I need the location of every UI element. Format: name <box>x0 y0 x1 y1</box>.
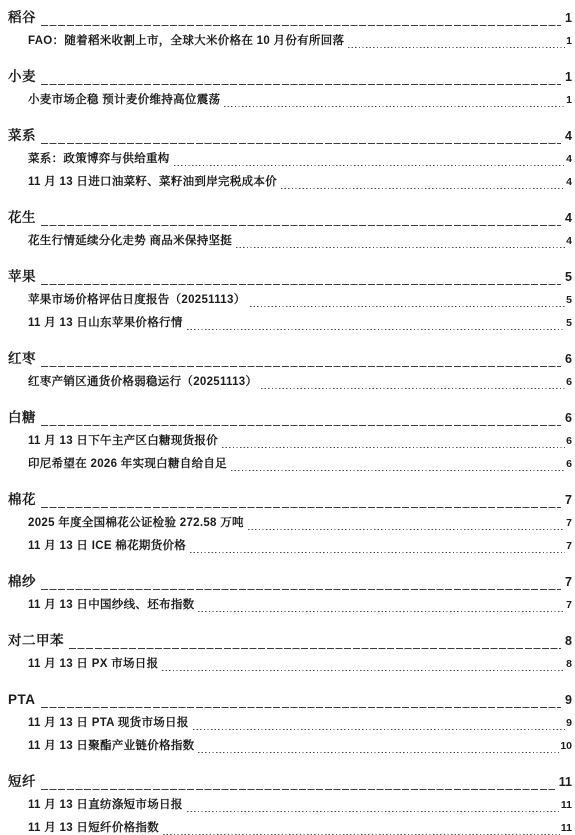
toc-heading-link[interactable]: 小麦1 <box>8 65 572 89</box>
toc-heading-page-number: 9 <box>565 688 572 712</box>
toc-entry-label: 11 月 13 日短纤价格指数 <box>28 817 159 835</box>
toc-section: 白糖611 月 13 日下午主产区白糖现货报价6印尼希望在 2026 年实现白糖… <box>8 406 572 476</box>
toc-heading-page-number: 1 <box>565 65 572 89</box>
dotted-leader <box>231 470 565 471</box>
underscore-leader <box>69 648 561 649</box>
toc-heading-link[interactable]: 棉纱7 <box>8 570 572 594</box>
toc-entry-link[interactable]: 11 月 13 日进口油菜籽、菜籽油到岸完税成本价4 <box>8 171 572 194</box>
dotted-leader <box>250 306 566 307</box>
toc-entry-page-number: 4 <box>566 230 572 253</box>
underscore-leader <box>41 225 561 226</box>
toc-heading-link[interactable]: 花生4 <box>8 206 572 230</box>
toc-entry-page-number: 9 <box>566 712 572 735</box>
toc-heading-link[interactable]: 对二甲苯8 <box>8 629 572 653</box>
toc-entry-link[interactable]: 11 月 13 日山东苹果价格行情5 <box>8 312 572 335</box>
toc-entry-link[interactable]: 苹果市场价格评估日度报告（20251113）5 <box>8 289 572 312</box>
toc-heading-page-number: 6 <box>565 347 572 371</box>
toc-entry-label: 11 月 13 日直纺涤短市场日报 <box>28 794 183 817</box>
toc-entry-label: 11 月 13 日聚酯产业链价格指数 <box>28 735 194 758</box>
toc-entry-link[interactable]: 红枣产销区通货价格弱稳运行（20251113）6 <box>8 371 572 394</box>
toc-section: 对二甲苯811 月 13 日 PX 市场日报8 <box>8 629 572 676</box>
toc-entry-link[interactable]: 11 月 13 日 ICE 棉花期货价格7 <box>8 535 572 558</box>
toc-entry-link[interactable]: 2025 年度全国棉花公证检验 272.58 万吨7 <box>8 512 572 535</box>
dotted-leader <box>236 247 565 248</box>
toc-heading-title: 花生 <box>8 206 36 230</box>
toc-entry-label: 苹果市场价格评估日度报告（20251113） <box>28 289 246 312</box>
toc-section: 棉纱711 月 13 日中国纱线、坯布指数7 <box>8 570 572 617</box>
toc-heading-link[interactable]: 稻谷1 <box>8 6 572 30</box>
underscore-leader <box>41 366 561 367</box>
toc-heading-link[interactable]: 白糖6 <box>8 406 572 430</box>
toc-entry-label: 11 月 13 日进口油菜籽、菜籽油到岸完税成本价 <box>28 171 277 194</box>
toc-heading-title: 苹果 <box>8 265 36 289</box>
toc-entry-label: 花生行情延续分化走势 商品米保持坚挺 <box>28 230 232 253</box>
toc-entry-link[interactable]: FAO：随着稻米收割上市，全球大米价格在 10 月份有所回落1 <box>8 30 572 53</box>
toc-entry-link[interactable]: 11 月 13 日短纤价格指数11 <box>8 817 572 835</box>
toc-heading-title: 对二甲苯 <box>8 629 64 653</box>
toc-heading-title: 棉纱 <box>8 570 36 594</box>
underscore-leader <box>41 707 562 708</box>
toc-section: 菜系4菜系：政策博弈与供给重构411 月 13 日进口油菜籽、菜籽油到岸完税成本… <box>8 124 572 194</box>
toc-heading-page-number: 6 <box>565 406 572 430</box>
toc-entry-page-number: 4 <box>566 171 572 194</box>
dotted-leader <box>190 552 565 553</box>
toc-entry-page-number: 11 <box>561 794 572 817</box>
toc-heading-title: 短纤 <box>8 770 36 794</box>
underscore-leader <box>41 143 561 144</box>
toc-heading-link[interactable]: PTA9 <box>8 688 572 712</box>
toc-heading-page-number: 7 <box>565 570 572 594</box>
toc-entry-link[interactable]: 11 月 13 日聚酯产业链价格指数10 <box>8 735 572 758</box>
dotted-leader <box>222 447 565 448</box>
toc-heading-page-number: 5 <box>565 265 572 289</box>
dotted-leader <box>193 729 566 730</box>
toc-section: 棉花72025 年度全国棉花公证检验 272.58 万吨711 月 13 日 I… <box>8 488 572 558</box>
toc-entry-label: 小麦市场企稳 预计麦价维持高位震荡 <box>28 89 220 112</box>
toc-entry-link[interactable]: 印尼希望在 2026 年实现白糖自给自足6 <box>8 453 572 476</box>
toc-entry-label: 11 月 13 日下午主产区白糖现货报价 <box>28 430 218 453</box>
toc-heading-title: 棉花 <box>8 488 36 512</box>
toc-entry-page-number: 6 <box>566 430 572 453</box>
toc-section: 花生4花生行情延续分化走势 商品米保持坚挺4 <box>8 206 572 253</box>
toc-entry-label: 2025 年度全国棉花公证检验 272.58 万吨 <box>28 512 244 535</box>
toc-section: 稻谷1FAO：随着稻米收割上市，全球大米价格在 10 月份有所回落1 <box>8 6 572 53</box>
toc-entry-label: FAO：随着稻米收割上市，全球大米价格在 10 月份有所回落 <box>28 30 344 53</box>
underscore-leader <box>41 84 561 85</box>
toc-entry-link[interactable]: 11 月 13 日 PX 市场日报8 <box>8 653 572 676</box>
toc-entry-page-number: 7 <box>566 512 572 535</box>
toc-entry-link[interactable]: 11 月 13 日直纺涤短市场日报11 <box>8 794 572 817</box>
toc-heading-page-number: 7 <box>565 488 572 512</box>
toc-entry-page-number: 1 <box>566 30 572 53</box>
dotted-leader <box>187 811 560 812</box>
toc-entry-label: 菜系：政策博弈与供给重构 <box>28 148 170 171</box>
toc-entry-link[interactable]: 菜系：政策博弈与供给重构4 <box>8 148 572 171</box>
toc-heading-page-number: 4 <box>565 124 572 148</box>
toc-entry-link[interactable]: 11 月 13 日中国纱线、坯布指数7 <box>8 594 572 617</box>
dotted-leader <box>261 388 565 389</box>
toc-heading-page-number: 11 <box>559 770 572 794</box>
toc-heading-title: 稻谷 <box>8 6 36 30</box>
dotted-leader <box>348 47 565 48</box>
toc-entry-page-number: 1 <box>566 89 572 112</box>
table-of-contents: 稻谷1FAO：随着稻米收割上市，全球大米价格在 10 月份有所回落1小麦1小麦市… <box>0 0 575 835</box>
underscore-leader <box>41 284 561 285</box>
toc-entry-page-number: 5 <box>566 289 572 312</box>
underscore-leader <box>41 25 561 26</box>
toc-entry-page-number: 7 <box>566 594 572 617</box>
toc-entry-label: 印尼希望在 2026 年实现白糖自给自足 <box>28 453 227 476</box>
toc-entry-label: 11 月 13 日中国纱线、坯布指数 <box>28 594 194 617</box>
toc-heading-page-number: 8 <box>565 629 572 653</box>
toc-section: 短纤1111 月 13 日直纺涤短市场日报1111 月 13 日短纤价格指数11 <box>8 770 572 835</box>
toc-section: 苹果5苹果市场价格评估日度报告（20251113）511 月 13 日山东苹果价… <box>8 265 572 335</box>
toc-heading-link[interactable]: 苹果5 <box>8 265 572 289</box>
toc-entry-label: 红枣产销区通货价格弱稳运行（20251113） <box>28 371 257 394</box>
toc-entry-page-number: 4 <box>566 148 572 171</box>
toc-entry-page-number: 7 <box>566 535 572 558</box>
toc-entry-page-number: 6 <box>566 453 572 476</box>
toc-heading-link[interactable]: 红枣6 <box>8 347 572 371</box>
toc-entry-label: 11 月 13 日 PX 市场日报 <box>28 653 158 676</box>
toc-entry-page-number: 5 <box>566 312 572 335</box>
toc-entry-page-number: 11 <box>561 817 572 835</box>
toc-heading-link[interactable]: 棉花7 <box>8 488 572 512</box>
dotted-leader <box>187 329 566 330</box>
toc-heading-title: 白糖 <box>8 406 36 430</box>
toc-entry-page-number: 6 <box>566 371 572 394</box>
toc-heading-title: 小麦 <box>8 65 36 89</box>
toc-entry-page-number: 10 <box>560 735 572 758</box>
toc-entry-label: 11 月 13 日山东苹果价格行情 <box>28 312 183 335</box>
dotted-leader <box>162 670 565 671</box>
toc-heading-title: 红枣 <box>8 347 36 371</box>
toc-entry-page-number: 8 <box>566 653 572 676</box>
toc-heading-title: PTA <box>8 688 36 712</box>
dotted-leader <box>174 165 566 166</box>
toc-section: 红枣6红枣产销区通货价格弱稳运行（20251113）6 <box>8 347 572 394</box>
toc-entry-link[interactable]: 11 月 13 日 PTA 现货市场日报9 <box>8 712 572 735</box>
toc-section: PTA911 月 13 日 PTA 现货市场日报911 月 13 日聚酯产业链价… <box>8 688 572 758</box>
dotted-leader <box>198 611 565 612</box>
toc-section: 小麦1小麦市场企稳 预计麦价维持高位震荡1 <box>8 65 572 112</box>
dotted-leader <box>224 106 565 107</box>
dotted-leader <box>198 752 559 753</box>
underscore-leader <box>41 589 561 590</box>
toc-heading-page-number: 4 <box>565 206 572 230</box>
underscore-leader <box>41 789 555 790</box>
underscore-leader <box>41 507 561 508</box>
toc-heading-title: 菜系 <box>8 124 36 148</box>
toc-heading-link[interactable]: 短纤11 <box>8 770 572 794</box>
toc-entry-link[interactable]: 花生行情延续分化走势 商品米保持坚挺4 <box>8 230 572 253</box>
toc-heading-page-number: 1 <box>565 6 572 30</box>
toc-heading-link[interactable]: 菜系4 <box>8 124 572 148</box>
toc-entry-link[interactable]: 11 月 13 日下午主产区白糖现货报价6 <box>8 430 572 453</box>
toc-entry-label: 11 月 13 日 PTA 现货市场日报 <box>28 712 189 735</box>
underscore-leader <box>41 425 561 426</box>
dotted-leader <box>248 529 565 530</box>
toc-entry-label: 11 月 13 日 ICE 棉花期货价格 <box>28 535 186 558</box>
toc-entry-link[interactable]: 小麦市场企稳 预计麦价维持高位震荡1 <box>8 89 572 112</box>
dotted-leader <box>281 188 565 189</box>
